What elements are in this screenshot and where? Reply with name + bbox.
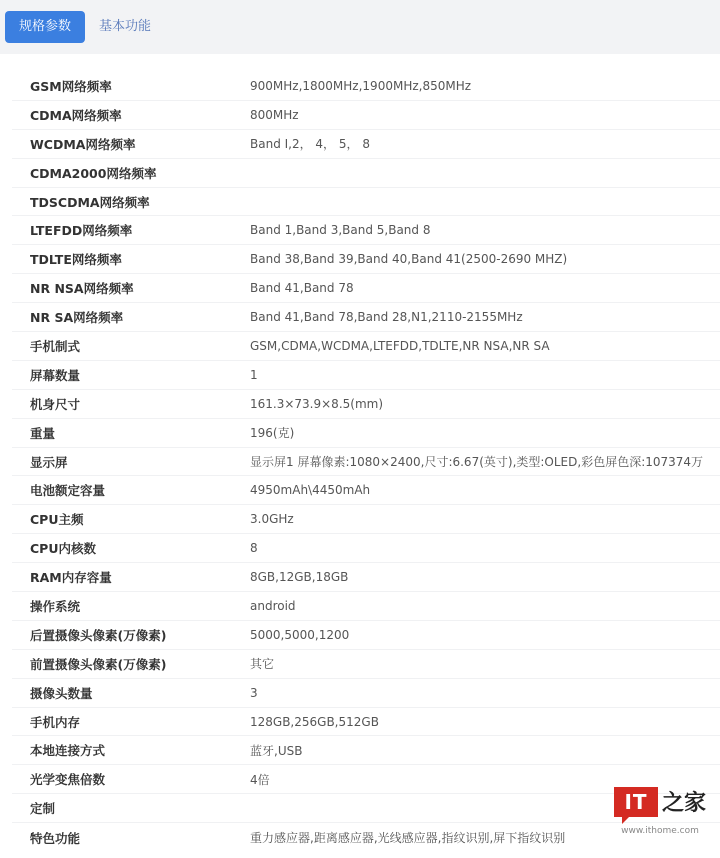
spec-label: 后置摄像头像素(万像素) <box>12 626 250 644</box>
spec-label: 电池额定容量 <box>12 481 250 499</box>
spec-row: TDLTE网络频率Band 38,Band 39,Band 40,Band 41… <box>12 245 720 274</box>
spec-row: LTEFDD网络频率Band 1,Band 3,Band 5,Band 8 <box>12 216 720 245</box>
spec-row: RAM内存容量8GB,12GB,18GB <box>12 563 720 592</box>
spec-table: GSM网络频率900MHz,1800MHz,1900MHz,850MHzCDMA… <box>12 72 720 852</box>
tab-basic-features[interactable]: 基本功能 <box>87 11 163 43</box>
ithome-watermark: IT 之家 www.ithome.com <box>612 786 708 844</box>
spec-row: 前置摄像头像素(万像素)其它 <box>12 650 720 679</box>
spec-row: GSM网络频率900MHz,1800MHz,1900MHz,850MHz <box>12 72 720 101</box>
spec-value: Band 38,Band 39,Band 40,Band 41(2500-269… <box>250 252 720 266</box>
spec-label: 摄像头数量 <box>12 684 250 702</box>
spec-row: 手机内存128GB,256GB,512GB <box>12 708 720 737</box>
spec-label: 定制 <box>12 799 250 817</box>
spec-row: NR NSA网络频率Band 41,Band 78 <box>12 274 720 303</box>
spec-row: 重量196(克) <box>12 419 720 448</box>
spec-label: TDLTE网络频率 <box>12 250 250 268</box>
spec-row: TDSCDMA网络频率 <box>12 188 720 217</box>
spec-label: 屏幕数量 <box>12 366 250 384</box>
spec-label: NR NSA网络频率 <box>12 279 250 297</box>
spec-label: CDMA网络频率 <box>12 106 250 124</box>
spec-value: Band 41,Band 78,Band 28,N1,2110-2155MHz <box>250 310 720 324</box>
spec-row: 摄像头数量3 <box>12 679 720 708</box>
spec-label: 机身尺寸 <box>12 395 250 413</box>
spec-row: CPU主频3.0GHz <box>12 505 720 534</box>
spec-label: NR SA网络频率 <box>12 308 250 326</box>
spec-value: 128GB,256GB,512GB <box>250 715 720 729</box>
ithome-logo-text: 之家 <box>662 786 706 817</box>
spec-value: 8GB,12GB,18GB <box>250 570 720 584</box>
spec-value: 其它 <box>250 655 720 672</box>
spec-value: android <box>250 599 720 613</box>
spec-value: 196(克) <box>250 424 720 441</box>
spec-value: 800MHz <box>250 108 720 122</box>
tab-specs[interactable]: 规格参数 <box>5 11 85 43</box>
spec-value: Band Ⅰ,2， 4， 5， 8 <box>250 135 720 152</box>
watermark-url: www.ithome.com <box>621 826 699 836</box>
spec-value: 900MHz,1800MHz,1900MHz,850MHz <box>250 79 720 93</box>
spec-value: GSM,CDMA,WCDMA,LTEFDD,TDLTE,NR NSA,NR SA <box>250 339 720 353</box>
spec-value: 蓝牙,USB <box>250 742 720 759</box>
spec-row: 手机制式GSM,CDMA,WCDMA,LTEFDD,TDLTE,NR NSA,N… <box>12 332 720 361</box>
spec-label: TDSCDMA网络频率 <box>12 193 250 211</box>
spec-row: CDMA2000网络频率 <box>12 159 720 188</box>
spec-value: 显示屏1 屏幕像素:1080×2400,尺寸:6.67(英寸),类型:OLED,… <box>250 453 720 470</box>
spec-row: 显示屏显示屏1 屏幕像素:1080×2400,尺寸:6.67(英寸),类型:OL… <box>12 448 720 477</box>
spec-label: 特色功能 <box>12 829 250 847</box>
spec-row: 本地连接方式蓝牙,USB <box>12 736 720 765</box>
spec-label: 前置摄像头像素(万像素) <box>12 655 250 673</box>
spec-value: 4950mAh\4450mAh <box>250 483 720 497</box>
spec-row: CDMA网络频率800MHz <box>12 101 720 130</box>
spec-label: 重量 <box>12 424 250 442</box>
spec-row: 后置摄像头像素(万像素)5000,5000,1200 <box>12 621 720 650</box>
spec-label: 手机内存 <box>12 713 250 731</box>
spec-label: 本地连接方式 <box>12 741 250 759</box>
spec-value: Band 41,Band 78 <box>250 281 720 295</box>
spec-row: 操作系统android <box>12 592 720 621</box>
spec-value: 5000,5000,1200 <box>250 628 720 642</box>
spec-row: 电池额定容量4950mAh\4450mAh <box>12 476 720 505</box>
spec-label: 光学变焦倍数 <box>12 770 250 788</box>
spec-label: WCDMA网络频率 <box>12 135 250 153</box>
spec-label: 手机制式 <box>12 337 250 355</box>
spec-value: Band 1,Band 3,Band 5,Band 8 <box>250 223 720 237</box>
spec-label: RAM内存容量 <box>12 568 250 586</box>
spec-label: 显示屏 <box>12 453 250 471</box>
ithome-logo-icon: IT <box>614 787 658 817</box>
spec-label: CPU主频 <box>12 510 250 528</box>
spec-row: 机身尺寸161.3×73.9×8.5(mm) <box>12 390 720 419</box>
spec-row: NR SA网络频率Band 41,Band 78,Band 28,N1,2110… <box>12 303 720 332</box>
spec-label: GSM网络频率 <box>12 77 250 95</box>
spec-value: 8 <box>250 541 720 555</box>
spec-value: 1 <box>250 368 720 382</box>
tab-bar: 规格参数 基本功能 <box>0 0 720 54</box>
spec-label: 操作系统 <box>12 597 250 615</box>
spec-label: CDMA2000网络频率 <box>12 164 250 182</box>
spec-label: CPU内核数 <box>12 539 250 557</box>
spec-value: 3.0GHz <box>250 512 720 526</box>
spec-label: LTEFDD网络频率 <box>12 221 250 239</box>
spec-value: 3 <box>250 686 720 700</box>
spec-row: WCDMA网络频率Band Ⅰ,2， 4， 5， 8 <box>12 130 720 159</box>
spec-row: CPU内核数8 <box>12 534 720 563</box>
spec-row: 屏幕数量1 <box>12 361 720 390</box>
spec-value: 161.3×73.9×8.5(mm) <box>250 397 720 411</box>
